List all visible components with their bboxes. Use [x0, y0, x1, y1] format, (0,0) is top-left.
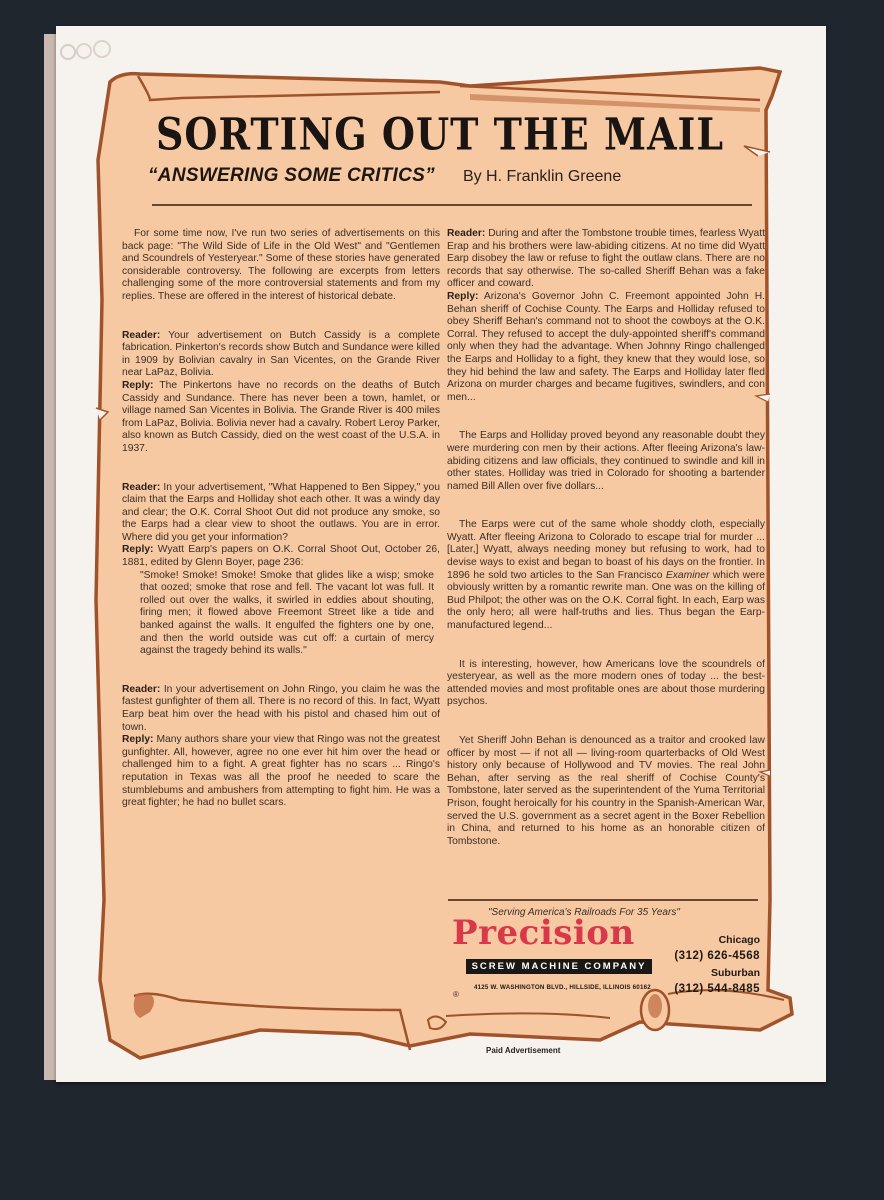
contact-label: Chicago: [668, 932, 760, 948]
ad-address: 4125 W. WASHINGTON BLVD., HILLSIDE, ILLI…: [474, 984, 651, 991]
reader-label: Reader:: [122, 482, 160, 493]
reader-label: Reader:: [122, 684, 160, 695]
ad-company-name: SCREW MACHINE COMPANY: [466, 959, 652, 974]
ad-contacts: Chicago (312) 626-4568 Suburban (312) 54…: [668, 932, 760, 998]
contact-phone: (312) 626-4568: [668, 948, 760, 965]
left-column: For some time now, I've run two series o…: [122, 228, 440, 810]
reply-label: Reply:: [447, 291, 478, 302]
page-title: SORTING OUT THE MAIL: [100, 108, 780, 160]
reader-text: In your advertisement, "What Happened to…: [122, 482, 440, 543]
ad-divider: [448, 899, 758, 901]
title-divider: [152, 204, 752, 206]
ad-brand-logo: Precision: [452, 913, 635, 953]
article: SORTING OUT THE MAIL “ANSWERING SOME CRI…: [0, 0, 884, 1200]
letter-reply: Reply: The Pinkertons have no records on…: [122, 380, 440, 456]
registered-mark: ®: [453, 990, 459, 999]
letter-reader: Reader: Your advertisement on Butch Cass…: [122, 330, 440, 380]
reader-text: During and after the Tombstone trouble t…: [447, 228, 765, 289]
letter-reply: Reply: Many authors share your view that…: [122, 734, 440, 810]
block-quote: "Smoke! Smoke! Smoke! Smoke that glides …: [122, 570, 440, 658]
letter-reader: Reader: In your advertisement, "What Hap…: [122, 482, 440, 545]
letter-reply: Reply: Arizona's Governor John C. Freemo…: [447, 291, 765, 404]
letter-reader: Reader: In your advertisement on John Ri…: [122, 684, 440, 734]
contact-label: Suburban: [668, 965, 760, 981]
paid-advertisement-note: Paid Advertisement: [486, 1046, 560, 1055]
reply-text: Wyatt Earp's papers on O.K. Corral Shoot…: [122, 544, 440, 568]
letter-reader: Reader: During and after the Tombstone t…: [447, 228, 765, 291]
reply-text: Arizona's Governor John C. Freemont appo…: [447, 291, 765, 403]
reply-label: Reply:: [122, 380, 153, 391]
reply-label: Reply:: [122, 734, 153, 745]
reader-text: Your advertisement on Butch Cassidy is a…: [122, 330, 440, 379]
author-byline: By H. Franklin Greene: [463, 168, 621, 186]
contact-phone: (312) 544-8485: [668, 981, 760, 998]
subtitle-row: “ANSWERING SOME CRITICS” By H. Franklin …: [148, 165, 748, 187]
paragraph: It is interesting, however, how American…: [447, 659, 765, 709]
reader-text: In your advertisement on John Ringo, you…: [122, 684, 440, 733]
intro-paragraph: For some time now, I've run two series o…: [122, 228, 440, 304]
reply-label: Reply:: [122, 544, 153, 555]
letter-reply: Reply: Wyatt Earp's papers on O.K. Corra…: [122, 544, 440, 569]
paragraph: Yet Sheriff John Behan is denounced as a…: [447, 735, 765, 848]
publication-name: Examiner: [666, 570, 710, 581]
article-subtitle: “ANSWERING SOME CRITICS”: [148, 165, 435, 187]
paragraph: The Earps were cut of the same whole sho…: [447, 519, 765, 632]
reply-text: The Pinkertons have no records on the de…: [122, 380, 440, 454]
reader-label: Reader:: [122, 330, 160, 341]
paragraph: The Earps and Holliday proved beyond any…: [447, 430, 765, 493]
right-column: Reader: During and after the Tombstone t…: [447, 228, 765, 848]
reader-label: Reader:: [447, 228, 485, 239]
reply-text: Many authors share your view that Ringo …: [122, 734, 440, 808]
